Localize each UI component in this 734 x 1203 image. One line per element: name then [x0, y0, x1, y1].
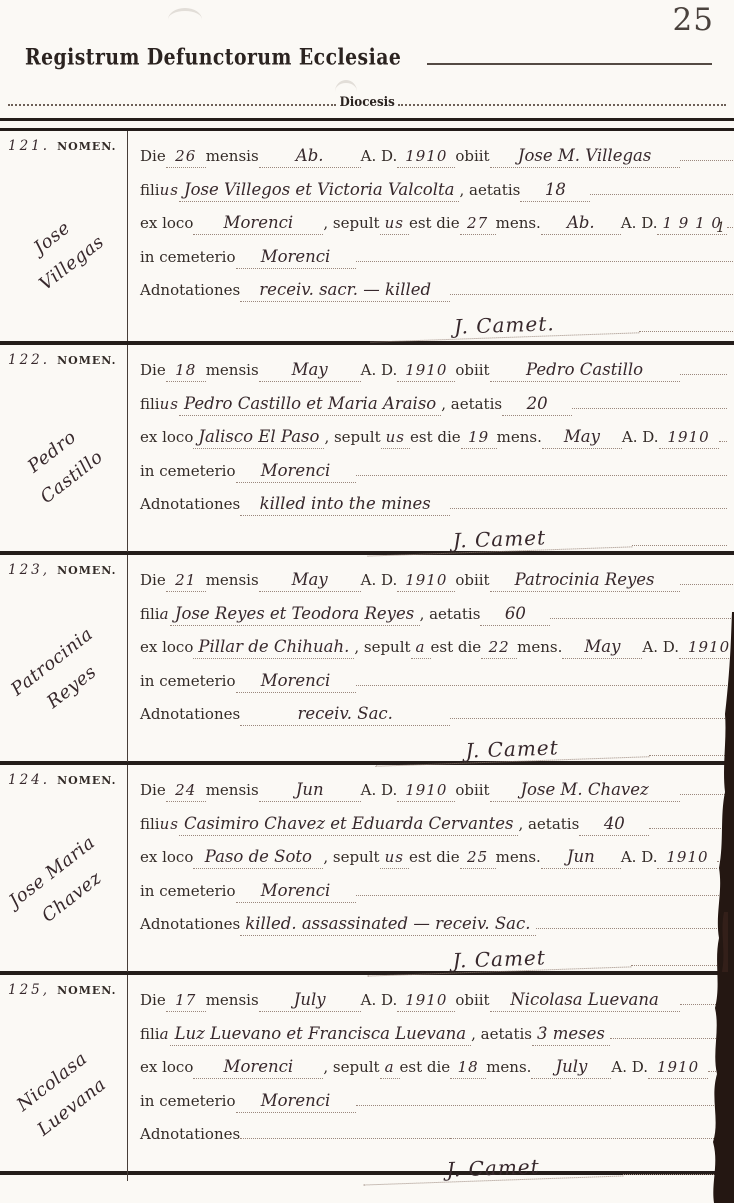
burial-day-value: 19 [461, 426, 497, 449]
mens-label: mens. [496, 846, 541, 868]
parents-line: fili us Casimiro Chavez et Eduarda Cerva… [140, 813, 725, 836]
burial-line: ex loco Pillar de Chihuah. , sepult a es… [140, 636, 734, 659]
scan-smudge [335, 80, 357, 103]
ex-loco-value: Morenci [193, 1056, 323, 1079]
nomen-label: NOMEN. [57, 774, 116, 787]
page-number: 25 [673, 2, 714, 38]
mens-label: mens. [486, 1056, 531, 1078]
aetatis-value: 18 [520, 179, 590, 202]
burial-line: ex loco Morenci , sepult a est die 18 me… [140, 1056, 716, 1079]
die-label: Die [140, 359, 166, 381]
cemetery-line: in cemeterio Morenci [140, 880, 725, 903]
cemetery-value: Morenci [236, 670, 356, 693]
signature-line: J. Camet. [140, 313, 734, 338]
dotted-line-filler [680, 374, 727, 375]
fili-label: fili [140, 813, 160, 835]
deceased-name-value: Pedro Castillo [490, 359, 680, 382]
adnotationes-value: receiv. Sac. [240, 703, 450, 726]
register-page: 25 Registrum Defunctorum Ecclesiae Dioce… [0, 0, 734, 1203]
dotted-line-filler [719, 441, 727, 442]
death-year-value: 1910 [397, 989, 455, 1012]
obiit-label: obiit [455, 359, 489, 381]
death-month-value: May [259, 569, 361, 592]
ad-label: A. D. [361, 569, 398, 591]
death-date-line: Die 26 mensis Ab. A. D. 1910 obiit Jose … [140, 145, 734, 168]
annotations-line: Adnotationes [140, 1123, 716, 1145]
cemetery-line: in cemeterio Morenci [140, 670, 734, 693]
cemetery-line: in cemeterio Morenci [140, 1090, 716, 1113]
entry-header: 124. NOMEN. [8, 772, 123, 788]
nomen-label: NOMEN. [57, 984, 116, 997]
cemetery-value: Morenci [236, 246, 356, 269]
entry-header: 122. NOMEN. [8, 352, 123, 368]
nomen-column: 123, NOMEN. Patrocinia Reyes [0, 555, 128, 762]
nomen-column: 122. NOMEN. Pedro Castillo [0, 345, 128, 552]
sepult-label: , sepult [354, 636, 410, 658]
est-die-label: est die [409, 846, 460, 868]
burial-line: ex loco Jalisco El Paso , sepult us est … [140, 426, 727, 449]
parents-value: Luz Luevano et Francisca Luevana [170, 1023, 472, 1046]
header: Registrum Defunctorum Ecclesiae [25, 46, 712, 70]
burial-day-value: 18 [450, 1056, 486, 1079]
dotted-line-filler [356, 685, 734, 686]
parents-line: fili us Pedro Castillo et Maria Araiso ,… [140, 393, 727, 416]
dotted-line-filler [450, 1138, 716, 1139]
burial-month-value: May [542, 426, 622, 449]
dotted-line-filler [356, 475, 727, 476]
death-day-value: 24 [166, 779, 206, 802]
dotted-line-filler [356, 895, 726, 896]
header-double-rule [0, 118, 734, 131]
dotted-line-filler [572, 408, 726, 409]
parents-value: Jose Reyes et Teodora Reyes [170, 603, 420, 626]
ad-label: A. D. [361, 359, 398, 381]
ex-loco-label: ex loco [140, 636, 193, 658]
death-day-value: 26 [166, 145, 206, 168]
nomen-label: NOMEN. [57, 354, 116, 367]
annotations-line: Adnotationes killed into the mines [140, 493, 727, 516]
fili-suffix-value: us [160, 813, 179, 835]
obiit-label: obiit [455, 989, 489, 1011]
sepult-suffix-value: us [380, 212, 409, 235]
ad2-label: A. D. [621, 846, 658, 868]
death-year-value: 1910 [397, 145, 455, 168]
adnotationes-label: Adnotationes [140, 703, 240, 725]
dotted-line-filler [450, 718, 734, 719]
aetatis-label: , aetatis [420, 603, 481, 625]
die-label: Die [140, 569, 166, 591]
die-label: Die [140, 145, 166, 167]
in-cemeterio-label: in cemeterio [140, 1090, 236, 1112]
entry-number: 124. [8, 772, 50, 788]
margin-mark: 1 [716, 220, 725, 236]
est-die-label: est die [410, 426, 461, 448]
fili-suffix-value: us [160, 179, 179, 201]
register-entry: 121. NOMEN. Jose Villegas Die 26 mensis … [0, 131, 734, 341]
nomen-label: NOMEN. [57, 140, 116, 153]
sepult-suffix-value: a [411, 636, 431, 659]
ad-label: A. D. [361, 145, 398, 167]
priest-signature: J. Camet. [370, 308, 639, 342]
aetatis-label: , aetatis [518, 813, 579, 835]
adnotationes-label: Adnotationes [140, 279, 240, 301]
parents-line: fili us Jose Villegos et Victoria Valcol… [140, 179, 734, 202]
register-entry: 125, NOMEN. Nicolasa Luevana Die 17 mens… [0, 971, 734, 1171]
entry-form: Die 18 mensis May A. D. 1910 obiit Pedro… [128, 345, 734, 552]
in-cemeterio-label: in cemeterio [140, 670, 236, 692]
parents-value: Pedro Castillo et Maria Araiso [179, 393, 441, 416]
register-entry: 122. NOMEN. Pedro Castillo Die 18 mensis… [0, 341, 734, 551]
nomen-column: 121. NOMEN. Jose Villegas [0, 131, 128, 341]
in-cemeterio-label: in cemeterio [140, 880, 236, 902]
fili-suffix-value: a [160, 603, 170, 625]
deceased-name-margin: Pedro Castillo [0, 403, 129, 527]
sepult-suffix-value: us [381, 426, 410, 449]
fili-suffix-value: us [160, 393, 179, 415]
adnotationes-value: killed. assassinated — receiv. Sac. [240, 913, 535, 936]
death-year-value: 1910 [397, 359, 455, 382]
dotted-line-filler [356, 261, 734, 262]
nomen-label: NOMEN. [57, 564, 116, 577]
adnotationes-value [240, 1138, 450, 1139]
priest-signature: J. Camet [375, 732, 650, 767]
sepult-suffix-value: us [380, 846, 409, 869]
burial-month-value: Ab. [541, 212, 621, 235]
entry-header: 121. NOMEN. [8, 138, 123, 154]
deceased-name-margin: Jose Villegas [0, 189, 129, 313]
burial-day-value: 22 [481, 636, 517, 659]
est-die-label: est die [400, 1056, 451, 1078]
cemetery-value: Morenci [236, 1090, 356, 1113]
ex-loco-value: Jalisco El Paso [193, 426, 324, 449]
deceased-name-value: Nicolasa Luevana [490, 989, 680, 1012]
scan-smudge [168, 8, 202, 31]
ad-label: A. D. [361, 989, 398, 1011]
diocese-dotted-line-left [8, 102, 336, 106]
aetatis-value: 60 [480, 603, 550, 626]
mensis-label: mensis [206, 359, 259, 381]
parents-line: fili a Jose Reyes et Teodora Reyes , aet… [140, 603, 734, 626]
dotted-line-filler [632, 545, 727, 546]
ex-loco-value: Morenci [193, 212, 323, 235]
sepult-label: , sepult [323, 1056, 379, 1078]
burial-year-value: 1910 [648, 1056, 708, 1079]
burial-month-value: May [562, 636, 642, 659]
ad2-label: A. D. [622, 426, 659, 448]
entry-number: 125, [8, 982, 50, 998]
ad-label: A. D. [361, 779, 398, 801]
diocese-line: Diocesis [8, 94, 726, 109]
cemetery-value: Morenci [236, 460, 356, 483]
deceased-name-value: Jose M. Chavez [490, 779, 680, 802]
fili-suffix-value: a [160, 1023, 170, 1045]
aetatis-label: , aetatis [471, 1023, 532, 1045]
ad2-label: A. D. [621, 212, 658, 234]
entry-number: 123, [8, 562, 50, 578]
entry-form: Die 26 mensis Ab. A. D. 1910 obiit Jose … [128, 131, 734, 341]
annotations-line: Adnotationes receiv. sacr. — killed [140, 279, 734, 302]
page-title: Registrum Defunctorum Ecclesiae [25, 44, 401, 70]
entry-header: 123, NOMEN. [8, 562, 123, 578]
entry-number: 121. [8, 138, 50, 154]
signature-line: J. Camet [140, 947, 725, 972]
adnotationes-label: Adnotationes [140, 913, 240, 935]
priest-signature: J. Camet [363, 1151, 624, 1185]
register-entry: 124. NOMEN. Jose Maria Chavez Die 24 men… [0, 761, 734, 971]
dotted-line-filler [610, 1038, 716, 1039]
dotted-line-filler [536, 928, 726, 929]
nomen-column: 124. NOMEN. Jose Maria Chavez [0, 765, 128, 972]
ad2-label: A. D. [642, 636, 679, 658]
mensis-label: mensis [206, 989, 259, 1011]
ex-loco-label: ex loco [140, 846, 193, 868]
dotted-line-filler [550, 618, 734, 619]
deceased-name-margin: Jose Maria Chavez [0, 823, 129, 947]
death-month-value: Ab. [259, 145, 361, 168]
death-date-line: Die 18 mensis May A. D. 1910 obiit Pedro… [140, 359, 727, 382]
death-month-value: Jun [259, 779, 361, 802]
fili-label: fili [140, 179, 160, 201]
ex-loco-label: ex loco [140, 212, 193, 234]
death-day-value: 18 [166, 359, 206, 382]
death-month-value: July [259, 989, 361, 1012]
sepult-label: , sepult [324, 426, 380, 448]
entry-form: Die 24 mensis Jun A. D. 1910 obiit Jose … [128, 765, 734, 972]
burial-day-value: 27 [460, 212, 496, 235]
est-die-label: est die [409, 212, 460, 234]
in-cemeterio-label: in cemeterio [140, 460, 236, 482]
entry-header: 125, NOMEN. [8, 982, 123, 998]
adnotationes-value: killed into the mines [240, 493, 450, 516]
adnotationes-label: Adnotationes [140, 493, 240, 515]
death-date-line: Die 24 mensis Jun A. D. 1910 obiit Jose … [140, 779, 725, 802]
sepult-label: , sepult [323, 212, 379, 234]
mensis-label: mensis [206, 569, 259, 591]
aetatis-value: 40 [579, 813, 649, 836]
deceased-name-margin: Patrocinia Reyes [0, 613, 129, 737]
burial-day-value: 25 [460, 846, 496, 869]
ad2-label: A. D. [611, 1056, 648, 1078]
die-label: Die [140, 779, 166, 801]
priest-signature: J. Camet [367, 522, 633, 556]
fili-label: fili [140, 603, 160, 625]
entry-form: Die 17 mensis July A. D. 1910 obiit Nico… [128, 975, 734, 1181]
death-year-value: 1910 [397, 779, 455, 802]
death-date-line: Die 21 mensis May A. D. 1910 obiit Patro… [140, 569, 734, 592]
deceased-name-value: Patrocinia Reyes [490, 569, 680, 592]
signature-line: J. Camet [140, 527, 727, 552]
burial-line: ex loco Morenci , sepult us est die 27 m… [140, 212, 734, 235]
mens-label: mens. [497, 426, 542, 448]
burial-month-value: July [531, 1056, 611, 1079]
signature-line: J. Camet [140, 1156, 716, 1181]
death-date-line: Die 17 mensis July A. D. 1910 obiit Nico… [140, 989, 716, 1012]
est-die-label: est die [431, 636, 482, 658]
obiit-label: obiit [455, 145, 489, 167]
cemetery-value: Morenci [236, 880, 356, 903]
ex-loco-value: Paso de Soto [193, 846, 323, 869]
aetatis-value: 20 [502, 393, 572, 416]
aetatis-label: , aetatis [459, 179, 520, 201]
fili-label: fili [140, 393, 160, 415]
annotations-line: Adnotationes killed. assassinated — rece… [140, 913, 725, 936]
nomen-column: 125, NOMEN. Nicolasa Luevana [0, 975, 128, 1181]
dotted-line-filler [680, 160, 734, 161]
aetatis-label: , aetatis [441, 393, 502, 415]
annotations-line: Adnotationes receiv. Sac. [140, 703, 734, 726]
register-entry: 123, NOMEN. Patrocinia Reyes Die 21 mens… [0, 551, 734, 761]
mens-label: mens. [496, 212, 541, 234]
deceased-name-margin: Nicolasa Luevana [0, 1033, 129, 1157]
obiit-label: obiit [455, 779, 489, 801]
dotted-line-filler [639, 331, 734, 332]
dotted-line-filler [450, 508, 726, 509]
death-day-value: 17 [166, 989, 206, 1012]
register-table: 121. NOMEN. Jose Villegas Die 26 mensis … [0, 131, 734, 1175]
obiit-label: obiit [455, 569, 489, 591]
parents-value: Casimiro Chavez et Eduarda Cervantes [179, 813, 518, 836]
burial-month-value: Jun [541, 846, 621, 869]
adnotationes-value: receiv. sacr. — killed [240, 279, 450, 302]
cemetery-line: in cemeterio Morenci [140, 460, 727, 483]
dotted-line-filler [680, 584, 734, 585]
dotted-line-filler [450, 294, 734, 295]
dotted-line-filler [590, 194, 734, 195]
ex-loco-label: ex loco [140, 426, 193, 448]
cemetery-line: in cemeterio Morenci [140, 246, 734, 269]
ex-loco-value: Pillar de Chihuah. [193, 636, 354, 659]
scan-artifact-right-edge [710, 612, 734, 1203]
aetatis-value: 3 meses [532, 1023, 610, 1046]
priest-signature: J. Camet [366, 942, 631, 976]
entry-number: 122. [8, 352, 50, 368]
sepult-label: , sepult [323, 846, 379, 868]
parents-value: Jose Villegos et Victoria Valcolta [179, 179, 460, 202]
diocese-dotted-line-right [398, 102, 726, 106]
sepult-suffix-value: a [380, 1056, 400, 1079]
mensis-label: mensis [206, 145, 259, 167]
death-month-value: May [259, 359, 361, 382]
ex-loco-label: ex loco [140, 1056, 193, 1078]
signature-line: J. Camet [140, 737, 734, 762]
burial-line: ex loco Paso de Soto , sepult us est die… [140, 846, 725, 869]
fili-label: fili [140, 1023, 160, 1045]
deceased-name-value: Jose M. Villegas [490, 145, 680, 168]
die-label: Die [140, 989, 166, 1011]
dotted-line-filler [356, 1105, 717, 1106]
burial-year-value: 1910 [657, 846, 717, 869]
death-day-value: 21 [166, 569, 206, 592]
in-cemeterio-label: in cemeterio [140, 246, 236, 268]
death-year-value: 1910 [397, 569, 455, 592]
adnotationes-label: Adnotationes [140, 1123, 240, 1145]
dotted-line-filler [727, 227, 734, 228]
parents-line: fili a Luz Luevano et Francisca Luevana … [140, 1023, 716, 1046]
mens-label: mens. [517, 636, 562, 658]
entry-form: Die 21 mensis May A. D. 1910 obiit Patro… [128, 555, 734, 762]
mensis-label: mensis [206, 779, 259, 801]
burial-year-value: 1910 [659, 426, 719, 449]
title-rule-line [427, 61, 712, 65]
dotted-line-filler [623, 1174, 716, 1175]
